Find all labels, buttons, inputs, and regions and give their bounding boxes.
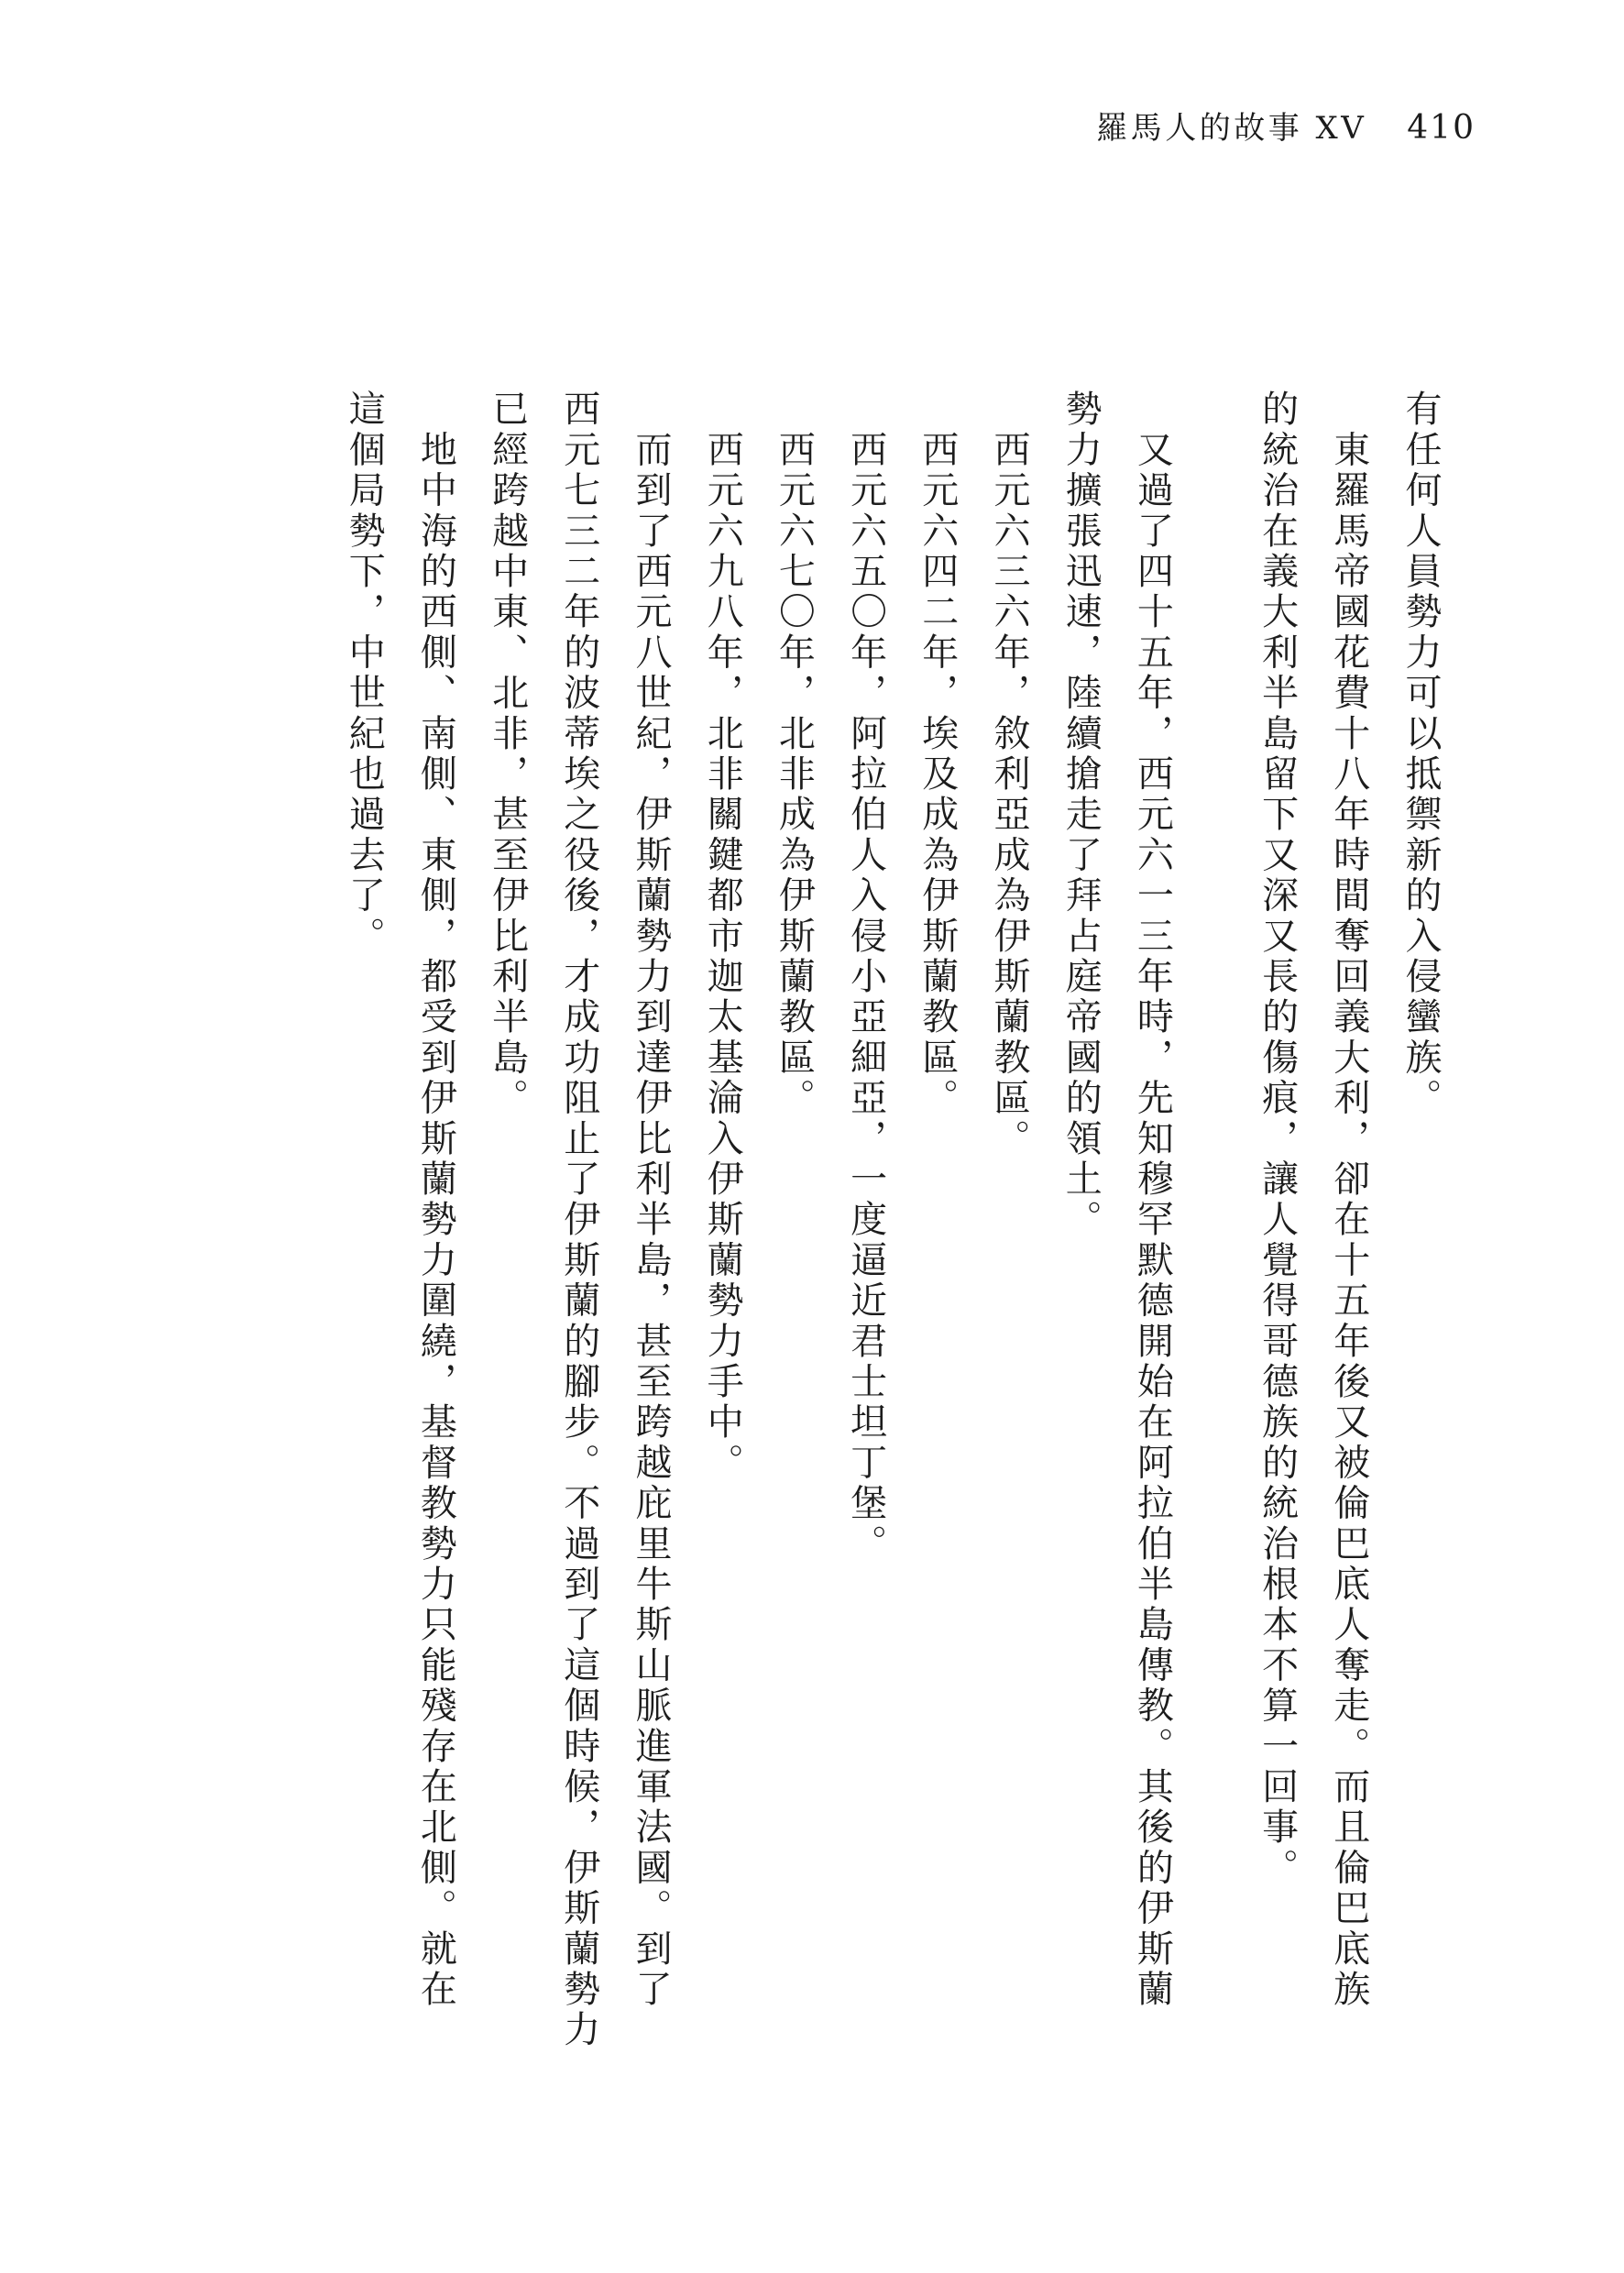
text-column-5: 勢力擴張迅速，陸續搶走了拜占庭帝國的領土。 <box>1060 390 1101 1240</box>
text-column-12: 西元七三二年的波蒂埃之役後，才成功阻止了伊斯蘭的腳步。不過到了這個時候，伊斯蘭勢… <box>559 390 599 2050</box>
text-column-3: 的統治在義大利半島留下又深又長的傷痕，讓人覺得哥德族的統治根本不算一回事。 <box>1257 390 1298 1888</box>
text-column-9: 西元六七〇年，北非成為伊斯蘭教區。 <box>774 390 814 1119</box>
text-column-13: 已經跨越中東、北非，甚至伊比利半島。 <box>488 390 528 1119</box>
text-column-15: 這個局勢下，中世紀也過去了。 <box>344 390 384 957</box>
text-column-2: 東羅馬帝國花費十八年時間奪回義大利，卻在十五年後又被倫巴底人奪走。而且倫巴底族 <box>1329 390 1369 2010</box>
text-column-4: 又過了四十五年，西元六一三年時，先知穆罕默德開始在阿拉伯半島傳教。其後的伊斯蘭 <box>1132 390 1172 2010</box>
text-column-10: 西元六九八年，北非關鍵都市迦太基淪入伊斯蘭勢力手中。 <box>702 390 742 1483</box>
text-column-7: 西元六四二年，埃及成為伊斯蘭教區。 <box>917 390 958 1119</box>
text-column-1: 有任何人員勢力可以抵禦新的入侵蠻族。 <box>1400 390 1441 1119</box>
text-column-8: 西元六五〇年，阿拉伯人入侵小亞細亞，一度逼近君士坦丁堡。 <box>846 390 886 1565</box>
page: 羅馬人的故事 XV 410 有任何人員勢力可以抵禦新的入侵蠻族。 東羅馬帝國花費… <box>0 0 1624 2273</box>
text-column-6: 西元六三六年，敘利亞成為伊斯蘭教區。 <box>989 390 1029 1159</box>
text-block: 有任何人員勢力可以抵禦新的入侵蠻族。 東羅馬帝國花費十八年時間奪回義大利，卻在十… <box>0 0 1624 2273</box>
text-column-14: 地中海的西側、南側、東側，都受到伊斯蘭勢力圍繞，基督教勢力只能殘存在北側。就在 <box>415 390 455 2010</box>
text-column-11: 而到了西元八世紀，伊斯蘭勢力到達伊比利半島，甚至跨越庇里牛斯山脈進軍法國。到了 <box>631 390 671 2010</box>
